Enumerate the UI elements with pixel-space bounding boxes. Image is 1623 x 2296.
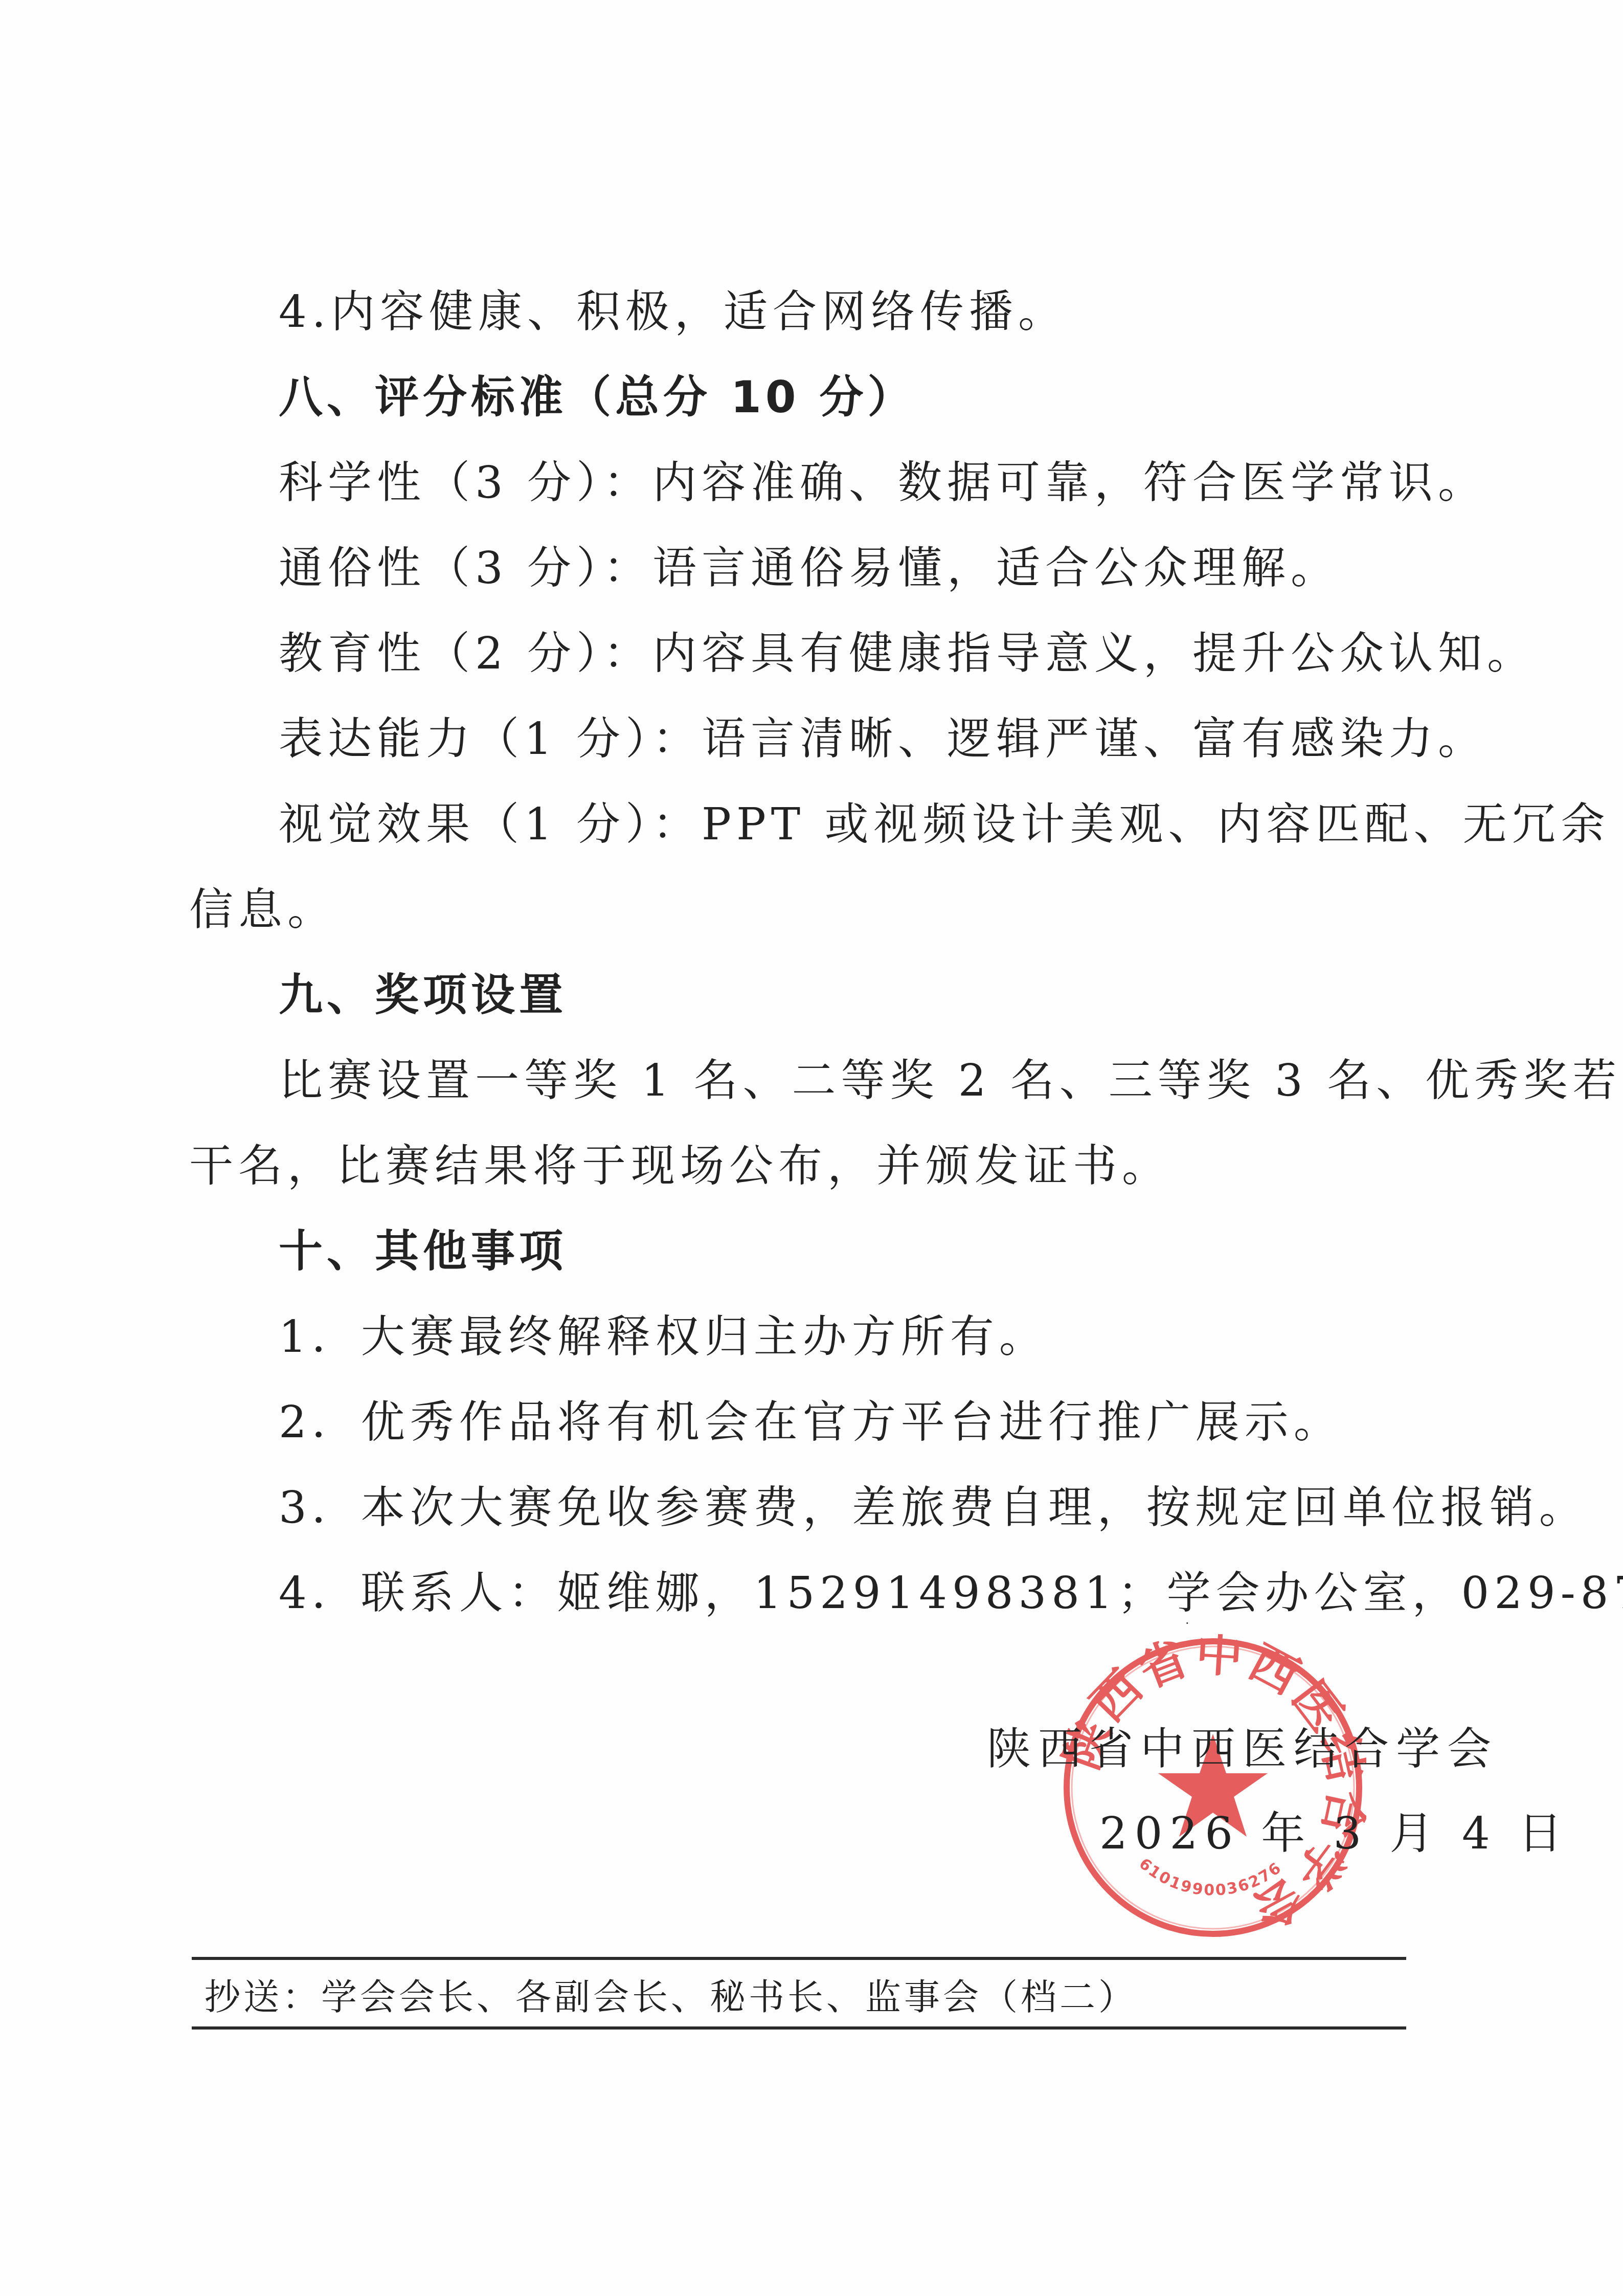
scan-speck: · [1185, 1616, 1190, 1624]
cc-recipients: 抄送：学会会长、各副会长、秘书长、监事会（档二） [205, 1972, 1137, 2023]
other-item-2: 2．优秀作品将有机会在官方平台进行推广展示。 [279, 1394, 1516, 1451]
other-item-1: 1．大赛最终解释权归主办方所有。 [279, 1309, 1516, 1365]
score-popular: 通俗性（3 分）：语言通俗易懂，适合公众理解。 [279, 540, 1516, 596]
section-heading-scoring: 八、评分标准（总分 10 分） [279, 369, 1516, 426]
criteria-item-4: 4.内容健康、积极，适合网络传播。 [279, 284, 1516, 340]
other-item-3: 3．本次大赛免收参赛费，差旅费自理，按规定回单位报销。 [279, 1480, 1516, 1536]
other-item-4-contact: 4．联系人：姬维娜，15291498381；学会办公室，029-87375477… [279, 1565, 1516, 1621]
score-visual: 视觉效果（1 分）：PPT 或视频设计美观、内容匹配、无冗余 [279, 796, 1516, 853]
score-visual-continuation: 信息。 [189, 882, 1427, 938]
footer-top-rule [192, 1957, 1406, 1960]
signature-date: 2026 年 3 月 4 日 [1099, 1805, 1569, 1862]
score-educational: 教育性（2 分）：内容具有健康指导意义，提升公众认知。 [279, 626, 1516, 682]
section-heading-other: 十、其他事项 [279, 1223, 1516, 1280]
document-page: 4.内容健康、积极，适合网络传播。 八、评分标准（总分 10 分） 科学性（3 … [0, 0, 1623, 2296]
awards-text-continuation: 干名，比赛结果将于现场公布，并颁发证书。 [189, 1138, 1427, 1194]
awards-text: 比赛设置一等奖 1 名、二等奖 2 名、三等奖 3 名、优秀奖若 [279, 1053, 1516, 1109]
signature-organization: 陕西省中西医结合学会 [987, 1721, 1498, 1777]
section-heading-awards: 九、奖项设置 [279, 967, 1516, 1023]
score-scientific: 科学性（3 分）：内容准确、数据可靠，符合医学常识。 [279, 455, 1516, 511]
score-expression: 表达能力（1 分）：语言清晰、逻辑严谨、富有感染力。 [279, 711, 1516, 767]
footer-bottom-rule [192, 2026, 1406, 2030]
official-seal-icon: 陕西省中西医结合学会 6101990036276 [1060, 1634, 1366, 1941]
